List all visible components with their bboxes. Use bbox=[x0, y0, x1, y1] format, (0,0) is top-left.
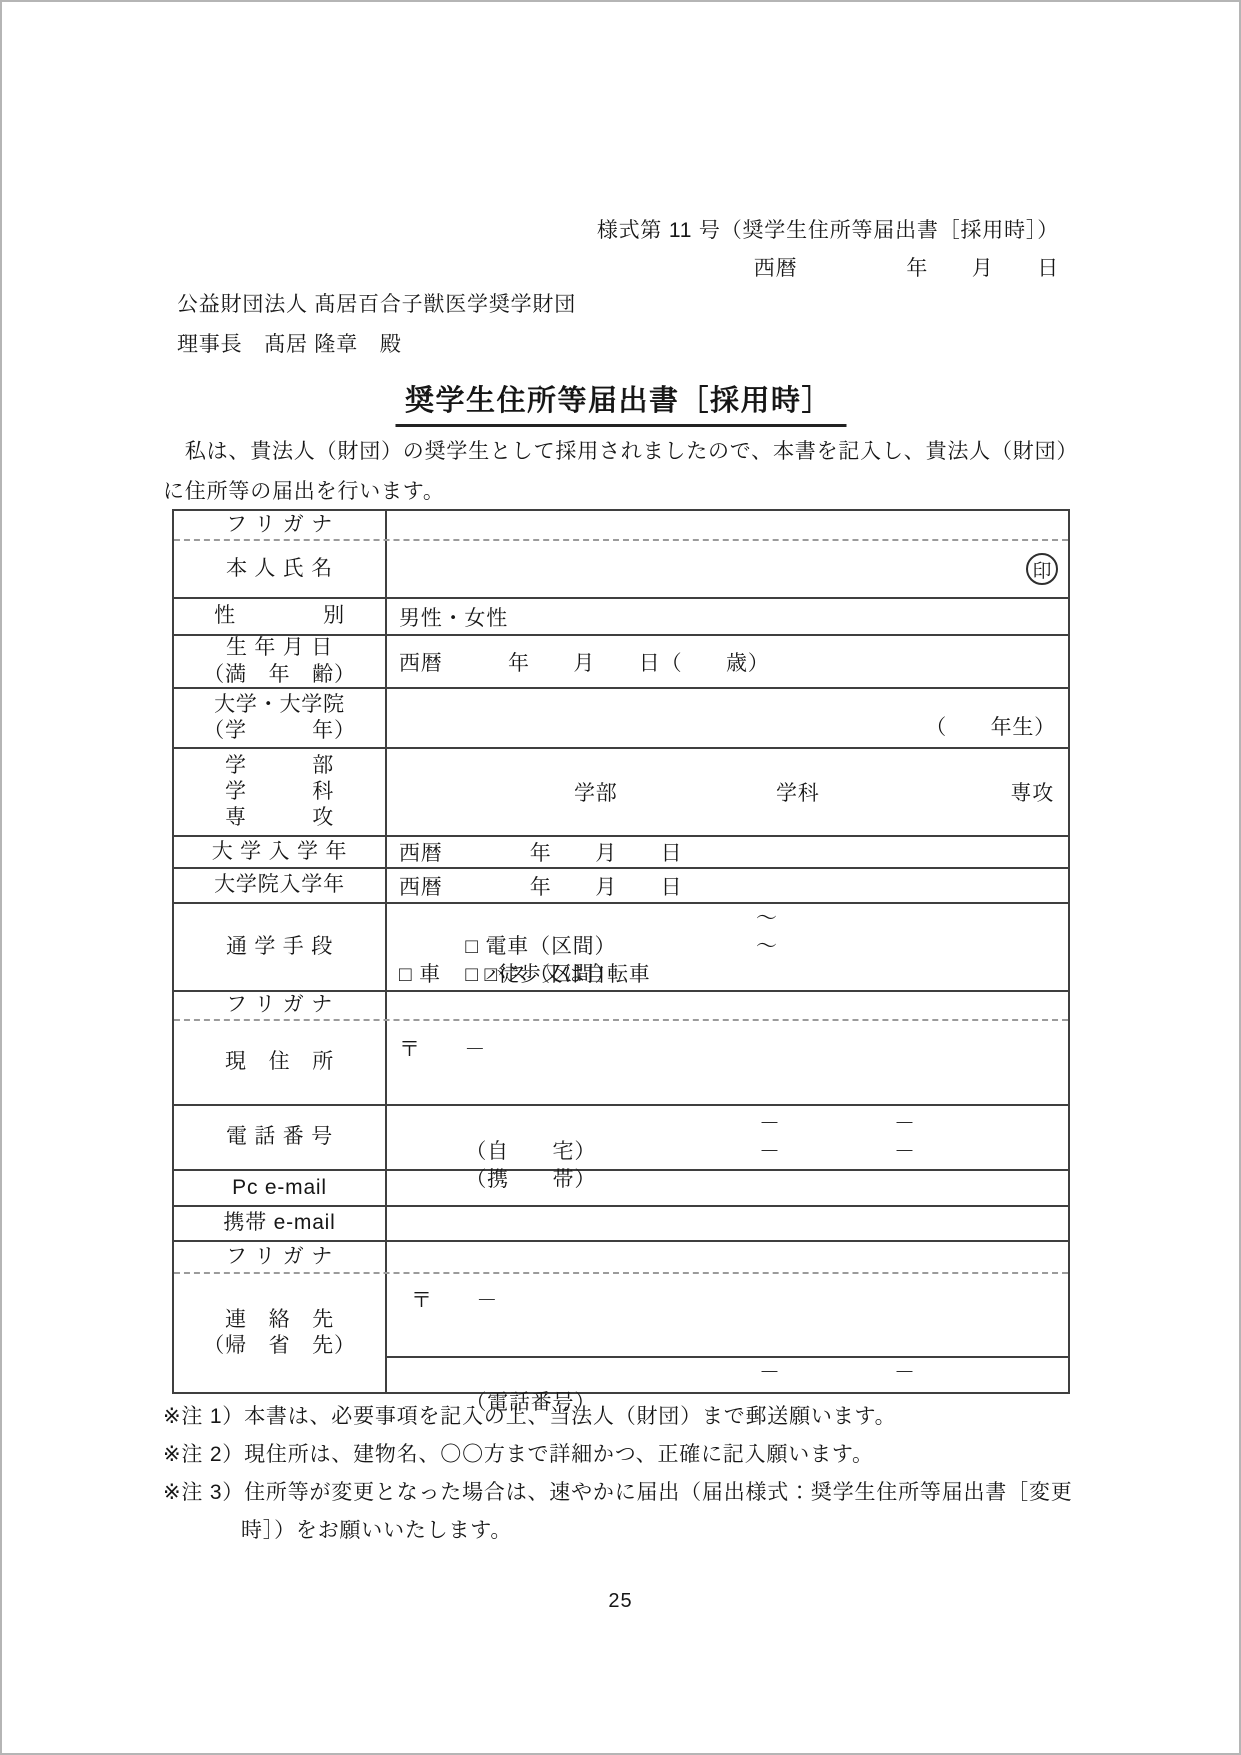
table-row-commute: 通 学 手 段 □ 電車（区間） ～ □ バス（区間） ～ □ 車 □徒歩又は自… bbox=[174, 904, 1068, 992]
university-label-line2: （学 年） bbox=[203, 718, 356, 744]
footnotes: ※注 1）本書は、必要事項を記入の上、当法人（財団）まで郵送願います。 ※注 2… bbox=[163, 1398, 1073, 1550]
furigana-address-label: フ リ ガ ナ bbox=[174, 992, 387, 1019]
intro-line-1: 私は、貴法人（財団）の奨学生として採用されましたので、本書を記入し、貴法人（財団… bbox=[163, 435, 1078, 465]
current-address-field: 〒 － bbox=[387, 1021, 1068, 1104]
university-label: 大学・大学院 （学 年） bbox=[174, 689, 387, 747]
contact-label-line2: （帰 省 先） bbox=[203, 1333, 356, 1359]
contact-phone-dash-1: － bbox=[759, 1358, 781, 1388]
footnote-2: ※注 2）現住所は、建物名、〇〇方まで詳細かつ、正確に記入願います。 bbox=[163, 1436, 1073, 1474]
table-row-contact: 連 絡 先 （帰 省 先） 〒 － （電話番号） － － bbox=[174, 1274, 1068, 1392]
birthdate-field: 西暦 年 月 日（ 歳） bbox=[387, 636, 1068, 687]
address-report-table: フ リ ガ ナ 本 人 氏 名 印 性 別 男性・女性 生 年 月 日 （満 年… bbox=[172, 509, 1070, 1394]
department-label-line3: 専 攻 bbox=[225, 805, 334, 831]
document-title: 奨学生住所等届出書［採用時］ bbox=[395, 378, 846, 427]
department-field: 学部 学科 専攻 bbox=[387, 749, 1068, 835]
birthdate-label: 生 年 月 日 （満 年 齢） bbox=[174, 636, 387, 687]
pc-email-label: Pc e-mail bbox=[174, 1171, 387, 1205]
footnote-1: ※注 1）本書は、必要事項を記入の上、当法人（財団）まで郵送願います。 bbox=[163, 1398, 1073, 1436]
commute-option-train: □ 電車（区間） ～ bbox=[399, 905, 1068, 933]
form-number-line: 様式第 11 号（奨学生住所等届出書［採用時］） bbox=[597, 214, 1059, 244]
organization-line: 公益財団法人 髙居百合子獣医学奨学財団 bbox=[177, 288, 576, 318]
commute-label: 通 学 手 段 bbox=[174, 904, 387, 990]
grad-entry-year-field: 西暦 年 月 日 bbox=[387, 869, 1068, 902]
department-label-line1: 学 部 bbox=[225, 753, 334, 779]
phone-home-dash-2: － bbox=[894, 1110, 916, 1138]
school-year-hint: （ 年生） bbox=[925, 711, 1056, 741]
furigana-address-field bbox=[387, 992, 1068, 1019]
university-field: （ 年生） bbox=[387, 689, 1068, 747]
seal-stamp-mark: 印 bbox=[1026, 553, 1058, 585]
phone-mobile-dash-2: － bbox=[894, 1138, 916, 1166]
department-label-line2: 学 科 bbox=[225, 779, 334, 805]
furigana-contact-label: フ リ ガ ナ bbox=[174, 1242, 387, 1272]
univ-entry-year-label: 大 学 入 学 年 bbox=[174, 837, 387, 867]
furigana-name-field bbox=[387, 511, 1068, 539]
current-address-label: 現 住 所 bbox=[174, 1021, 387, 1104]
univ-entry-year-field: 西暦 年 月 日 bbox=[387, 837, 1068, 867]
commute-options: □ 電車（区間） ～ □ バス（区間） ～ □ 車 □徒歩又は自転車 bbox=[387, 904, 1068, 990]
phone-home-dash-1: － bbox=[759, 1110, 781, 1138]
department-hint: 学科 bbox=[776, 777, 820, 807]
university-label-line1: 大学・大学院 bbox=[214, 692, 345, 718]
train-section-tilde: ～ bbox=[756, 905, 778, 933]
document-page: 様式第 11 号（奨学生住所等届出書［採用時］） 西暦 年 月 日 公益財団法人… bbox=[0, 0, 1241, 1755]
birthdate-label-line1: 生 年 月 日 bbox=[226, 635, 333, 661]
furigana-contact-field bbox=[387, 1242, 1068, 1272]
mobile-email-field bbox=[387, 1207, 1068, 1240]
contact-phone-dash-2: － bbox=[894, 1358, 916, 1388]
department-label: 学 部 学 科 専 攻 bbox=[174, 749, 387, 835]
phone-fields: （自 宅） － － （携 帯） － － bbox=[387, 1106, 1068, 1169]
pc-email-field bbox=[387, 1171, 1068, 1205]
footnote-3-line2: 時］）をお願いいたします。 bbox=[241, 1512, 1073, 1550]
phone-mobile-dash-1: － bbox=[759, 1138, 781, 1166]
birthdate-label-line2: （満 年 齢） bbox=[203, 662, 356, 688]
faculty-hint: 学部 bbox=[574, 777, 618, 807]
contact-fields: 〒 － （電話番号） － － bbox=[387, 1274, 1068, 1392]
table-row-name: 本 人 氏 名 印 bbox=[174, 541, 1068, 599]
major-hint: 専攻 bbox=[1010, 777, 1054, 807]
grad-entry-year-label: 大学院入学年 bbox=[174, 869, 387, 902]
page-number: 25 bbox=[2, 1590, 1239, 1613]
table-row-univ-entry-year: 大 学 入 学 年 西暦 年 月 日 bbox=[174, 837, 1068, 869]
commute-option-car-walk: □ 車 □徒歩又は自転車 bbox=[399, 961, 1068, 989]
addressee-line: 理事長 髙居 隆章 殿 bbox=[177, 328, 402, 358]
phone-home-line: （自 宅） － － bbox=[399, 1110, 1068, 1138]
date-line: 西暦 年 月 日 bbox=[754, 252, 1059, 282]
phone-mobile-line: （携 帯） － － bbox=[399, 1138, 1068, 1166]
contact-phone-line: （電話番号） － － bbox=[399, 1358, 1068, 1388]
mobile-email-label: 携帯 e-mail bbox=[174, 1207, 387, 1240]
contact-label-line1: 連 絡 先 bbox=[225, 1307, 334, 1333]
gender-label: 性 別 bbox=[174, 599, 387, 634]
gender-options: 男性・女性 bbox=[387, 599, 1068, 634]
contact-label: 連 絡 先 （帰 省 先） bbox=[174, 1274, 387, 1392]
table-row-birthdate: 生 年 月 日 （満 年 齢） 西暦 年 月 日（ 歳） bbox=[174, 636, 1068, 689]
footnote-3-line1: ※注 3）住所等が変更となった場合は、速やかに届出（届出様式：奨学生住所等届出書… bbox=[163, 1474, 1073, 1512]
phone-label: 電 話 番 号 bbox=[174, 1106, 387, 1169]
bus-section-tilde: ～ bbox=[756, 933, 778, 961]
table-row-university: 大学・大学院 （学 年） （ 年生） bbox=[174, 689, 1068, 749]
commute-option-bus: □ バス（区間） ～ bbox=[399, 933, 1068, 961]
table-row-furigana-name: フ リ ガ ナ bbox=[174, 511, 1068, 541]
table-row-department: 学 部 学 科 専 攻 学部 学科 専攻 bbox=[174, 749, 1068, 837]
contact-postal-field: 〒 － bbox=[387, 1274, 1068, 1358]
table-row-current-address: 現 住 所 〒 － bbox=[174, 1021, 1068, 1106]
intro-line-2: に住所等の届出を行います。 bbox=[163, 475, 445, 505]
table-row-grad-entry-year: 大学院入学年 西暦 年 月 日 bbox=[174, 869, 1068, 904]
name-field: 印 bbox=[387, 541, 1068, 597]
table-row-pc-email: Pc e-mail bbox=[174, 1171, 1068, 1207]
table-row-mobile-email: 携帯 e-mail bbox=[174, 1207, 1068, 1242]
table-row-furigana-address: フ リ ガ ナ bbox=[174, 992, 1068, 1021]
furigana-name-label: フ リ ガ ナ bbox=[174, 511, 387, 539]
name-label: 本 人 氏 名 bbox=[174, 541, 387, 597]
table-row-furigana-contact: フ リ ガ ナ bbox=[174, 1242, 1068, 1274]
table-row-gender: 性 別 男性・女性 bbox=[174, 599, 1068, 636]
table-row-phone: 電 話 番 号 （自 宅） － － （携 帯） － － bbox=[174, 1106, 1068, 1171]
